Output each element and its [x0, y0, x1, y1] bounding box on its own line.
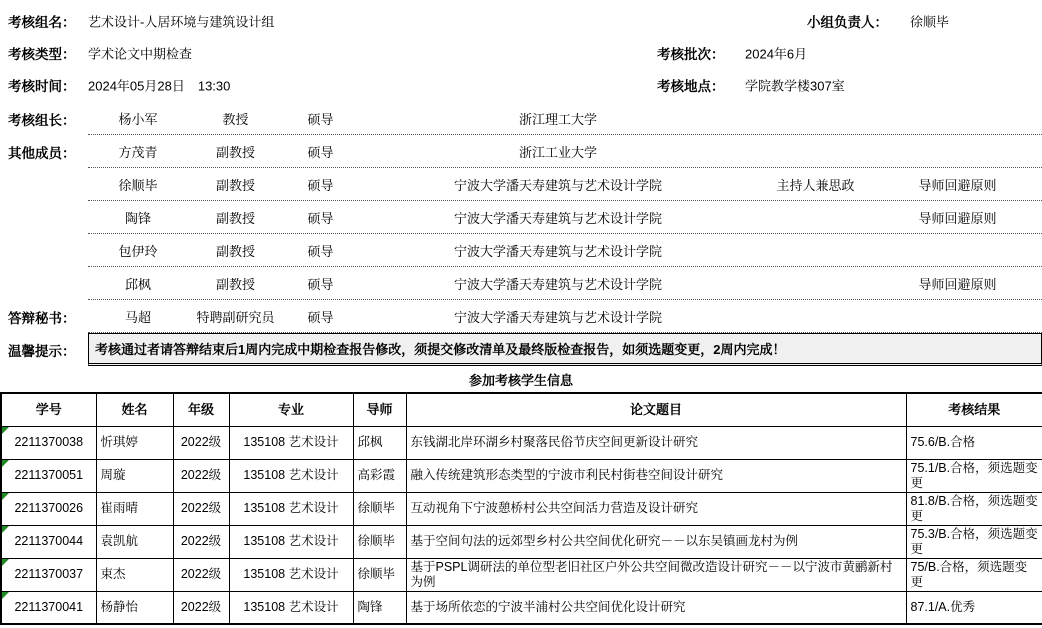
- member-name: 陶锋: [88, 208, 188, 227]
- member-row: 其他成员： 方茂青 副教授 硕导 浙江工业大学: [0, 135, 1042, 168]
- member-tutor-type: 硕导: [283, 307, 358, 326]
- member-row-content: 邱枫 副教授 硕导 宁波大学潘天寿建筑与艺术设计学院 导师回避原则: [88, 267, 1042, 300]
- member-row-content: 徐顺毕 副教授 硕导 宁波大学潘天寿建筑与艺术设计学院 主持人兼思政 导师回避原…: [88, 168, 1042, 201]
- student-name-cell: 束杰: [96, 558, 173, 591]
- member-title: 副教授: [188, 274, 283, 293]
- reminder-label: 温馨提示：: [0, 333, 88, 366]
- student-result-cell: 81.8/B.合格，须选题变更: [906, 492, 1042, 525]
- student-grade-cell: 2022级: [173, 426, 229, 459]
- member-avoidance-note: 导师回避原则: [873, 208, 1042, 227]
- student-grade-cell: 2022级: [173, 558, 229, 591]
- reminder-row: 温馨提示： 考核通过者请答辩结束后1周内完成中期检查报告修改，须提交修改清单及最…: [0, 333, 1042, 366]
- student-advisor-cell: 高彩霞: [353, 459, 406, 492]
- student-id-cell: 2211370041: [1, 591, 96, 624]
- col-grade: 年级: [173, 393, 229, 426]
- student-major-cell: 135108 艺术设计: [229, 492, 353, 525]
- student-major-cell: 135108 艺术设计: [229, 459, 353, 492]
- member-institution: 宁波大学潘天寿建筑与艺术设计学院: [358, 307, 758, 326]
- member-tutor-type: 硕导: [283, 142, 358, 161]
- member-row-label: [0, 168, 88, 201]
- member-row-label: 答辩秘书：: [0, 300, 88, 333]
- member-row-content: 马超 特聘副研究员 硕导 宁波大学潘天寿建筑与艺术设计学院: [88, 300, 1042, 333]
- location-label: 考核地点：: [657, 75, 725, 95]
- member-title: 教授: [188, 109, 283, 128]
- member-row: 答辩秘书： 马超 特聘副研究员 硕导 宁波大学潘天寿建筑与艺术设计学院: [0, 300, 1042, 333]
- member-tutor-type: 硕导: [283, 241, 358, 260]
- member-name: 马超: [88, 307, 188, 326]
- student-id: 2211370051: [14, 468, 83, 482]
- student-id: 2211370041: [14, 600, 83, 614]
- student-result-cell: 75.6/B.合格: [906, 426, 1042, 459]
- student-id: 2211370037: [14, 567, 83, 581]
- student-advisor-cell: 徐顺毕: [353, 525, 406, 558]
- student-id: 2211370026: [14, 501, 83, 515]
- member-row-content: 方茂青 副教授 硕导 浙江工业大学: [88, 135, 1042, 168]
- student-name-cell: 袁凯航: [96, 525, 173, 558]
- member-role: 主持人兼思政: [758, 175, 873, 194]
- col-student-id: 学号: [1, 393, 96, 426]
- assessment-type-label: 考核类型：: [8, 43, 76, 63]
- info-section: 考核组名： 艺术设计-人居环境与建筑设计组 小组负责人： 徐顺毕 考核类型： 学…: [0, 0, 1042, 101]
- member-institution: 宁波大学潘天寿建筑与艺术设计学院: [358, 175, 758, 194]
- col-major: 专业: [229, 393, 353, 426]
- leader-label: 小组负责人：: [807, 11, 888, 31]
- student-row: 2211370026 崔雨晴 2022级 135108 艺术设计 徐顺毕 互动视…: [1, 492, 1042, 525]
- student-major-cell: 135108 艺术设计: [229, 525, 353, 558]
- cell-flag-marker-icon: [2, 559, 9, 566]
- leader-value: 徐顺毕: [910, 12, 949, 31]
- member-institution: 宁波大学潘天寿建筑与艺术设计学院: [358, 241, 758, 260]
- member-name: 杨小军: [88, 109, 188, 128]
- student-row: 2211370051 周璇 2022级 135108 艺术设计 高彩霞 融入传统…: [1, 459, 1042, 492]
- cell-flag-marker-icon: [2, 592, 9, 599]
- member-institution: 浙江工业大学: [358, 142, 758, 161]
- member-row-label: [0, 201, 88, 234]
- member-tutor-type: 硕导: [283, 175, 358, 194]
- student-name-cell: 忻琪婷: [96, 426, 173, 459]
- cell-flag-marker-icon: [2, 526, 9, 533]
- member-title: 副教授: [188, 241, 283, 260]
- student-grade-cell: 2022级: [173, 492, 229, 525]
- batch-label: 考核批次：: [657, 43, 725, 63]
- students-table: 学号 姓名 年级 专业 导师 论文题目 考核结果 2211370038 忻琪婷 …: [0, 392, 1042, 625]
- assessment-sheet: { "info": { "group_name_label": "考核组名：",…: [0, 0, 1042, 628]
- info-row-3: 考核时间： 2024年05月28日 13:30 考核地点： 学院教学楼307室: [0, 69, 1042, 101]
- student-thesis-cell: 互动视角下宁波憩桥村公共空间活力营造及设计研究: [406, 492, 906, 525]
- member-row-label: 考核组长：: [0, 102, 88, 135]
- col-result: 考核结果: [906, 393, 1042, 426]
- info-row-1: 考核组名： 艺术设计-人居环境与建筑设计组 小组负责人： 徐顺毕: [0, 5, 1042, 37]
- student-id-cell: 2211370037: [1, 558, 96, 591]
- student-result-cell: 75/B.合格，须选题变更: [906, 558, 1042, 591]
- member-avoidance-note: 导师回避原则: [873, 175, 1042, 194]
- student-thesis-cell: 东钱湖北岸环湖乡村聚落民俗节庆空间更新设计研究: [406, 426, 906, 459]
- member-row-content: 杨小军 教授 硕导 浙江理工大学: [88, 102, 1042, 135]
- member-title: 副教授: [188, 142, 283, 161]
- cell-flag-marker-icon: [2, 427, 9, 434]
- reminder-text: 考核通过者请答辩结束后1周内完成中期检查报告修改，须提交修改清单及最终版检查报告…: [88, 333, 1042, 366]
- student-row: 2211370037 束杰 2022级 135108 艺术设计 徐顺毕 基于PS…: [1, 558, 1042, 591]
- student-major-cell: 135108 艺术设计: [229, 558, 353, 591]
- student-id: 2211370038: [14, 435, 83, 449]
- member-row-label: [0, 234, 88, 267]
- member-tutor-type: 硕导: [283, 109, 358, 128]
- student-id-cell: 2211370038: [1, 426, 96, 459]
- student-row: 2211370041 杨静怡 2022级 135108 艺术设计 陶锋 基于场所…: [1, 591, 1042, 624]
- student-advisor-cell: 陶锋: [353, 591, 406, 624]
- member-tutor-type: 硕导: [283, 274, 358, 293]
- student-id-cell: 2211370044: [1, 525, 96, 558]
- member-row: 包伊玲 副教授 硕导 宁波大学潘天寿建筑与艺术设计学院: [0, 234, 1042, 267]
- location-value: 学院教学楼307室: [745, 76, 845, 95]
- member-row-label: [0, 267, 88, 300]
- cell-flag-marker-icon: [2, 460, 9, 467]
- member-row-content: 包伊玲 副教授 硕导 宁波大学潘天寿建筑与艺术设计学院: [88, 234, 1042, 267]
- student-id: 2211370044: [14, 534, 83, 548]
- student-id-cell: 2211370051: [1, 459, 96, 492]
- member-name: 包伊玲: [88, 241, 188, 260]
- student-id-cell: 2211370026: [1, 492, 96, 525]
- student-grade-cell: 2022级: [173, 591, 229, 624]
- assessment-type-value: 学术论文中期检查: [88, 44, 192, 63]
- member-name: 邱枫: [88, 274, 188, 293]
- student-row: 2211370038 忻琪婷 2022级 135108 艺术设计 邱枫 东钱湖北…: [1, 426, 1042, 459]
- member-title: 副教授: [188, 208, 283, 227]
- members-section: 考核组长： 杨小军 教授 硕导 浙江理工大学 其他成员： 方茂青 副教授 硕导 …: [0, 102, 1042, 333]
- member-institution: 浙江理工大学: [358, 109, 758, 128]
- col-advisor: 导师: [353, 393, 406, 426]
- student-grade-cell: 2022级: [173, 525, 229, 558]
- member-tutor-type: 硕导: [283, 208, 358, 227]
- member-name: 徐顺毕: [88, 175, 188, 194]
- students-table-title: 参加考核学生信息: [0, 366, 1042, 392]
- member-title: 副教授: [188, 175, 283, 194]
- student-name-cell: 杨静怡: [96, 591, 173, 624]
- student-major-cell: 135108 艺术设计: [229, 591, 353, 624]
- student-advisor-cell: 徐顺毕: [353, 558, 406, 591]
- group-name-label: 考核组名：: [8, 11, 76, 31]
- member-title: 特聘副研究员: [188, 307, 283, 326]
- col-name: 姓名: [96, 393, 173, 426]
- member-institution: 宁波大学潘天寿建筑与艺术设计学院: [358, 274, 758, 293]
- student-major-cell: 135108 艺术设计: [229, 426, 353, 459]
- student-result-cell: 75.1/B.合格，须选题变更: [906, 459, 1042, 492]
- member-avoidance-note: 导师回避原则: [873, 274, 1042, 293]
- cell-flag-marker-icon: [2, 493, 9, 500]
- student-advisor-cell: 邱枫: [353, 426, 406, 459]
- member-row: 考核组长： 杨小军 教授 硕导 浙江理工大学: [0, 102, 1042, 135]
- batch-value: 2024年6月: [745, 44, 807, 63]
- student-result-cell: 87.1/A.优秀: [906, 591, 1042, 624]
- member-name: 方茂青: [88, 142, 188, 161]
- student-advisor-cell: 徐顺毕: [353, 492, 406, 525]
- student-row: 2211370044 袁凯航 2022级 135108 艺术设计 徐顺毕 基于空…: [1, 525, 1042, 558]
- students-header-row: 学号 姓名 年级 专业 导师 论文题目 考核结果: [1, 393, 1042, 426]
- member-row: 陶锋 副教授 硕导 宁波大学潘天寿建筑与艺术设计学院 导师回避原则: [0, 201, 1042, 234]
- student-thesis-cell: 基于PSPL调研法的单位型老旧社区户外公共空间微改造设计研究－－以宁波市黄鹂新村…: [406, 558, 906, 591]
- info-row-2: 考核类型： 学术论文中期检查 考核批次： 2024年6月: [0, 37, 1042, 69]
- student-result-cell: 75.3/B.合格，须选题变更: [906, 525, 1042, 558]
- col-thesis-title: 论文题目: [406, 393, 906, 426]
- time-value: 2024年05月28日 13:30: [88, 76, 230, 95]
- student-thesis-cell: 融入传统建筑形态类型的宁波市利民村街巷空间设计研究: [406, 459, 906, 492]
- member-row: 徐顺毕 副教授 硕导 宁波大学潘天寿建筑与艺术设计学院 主持人兼思政 导师回避原…: [0, 168, 1042, 201]
- student-thesis-cell: 基于空间句法的远郊型乡村公共空间优化研究－－以东吴镇画龙村为例: [406, 525, 906, 558]
- member-row-content: 陶锋 副教授 硕导 宁波大学潘天寿建筑与艺术设计学院 导师回避原则: [88, 201, 1042, 234]
- time-label: 考核时间：: [8, 75, 76, 95]
- student-grade-cell: 2022级: [173, 459, 229, 492]
- student-thesis-cell: 基于场所依恋的宁波半浦村公共空间优化设计研究: [406, 591, 906, 624]
- member-institution: 宁波大学潘天寿建筑与艺术设计学院: [358, 208, 758, 227]
- group-name-value: 艺术设计-人居环境与建筑设计组: [88, 12, 274, 31]
- student-name-cell: 崔雨晴: [96, 492, 173, 525]
- student-name-cell: 周璇: [96, 459, 173, 492]
- member-row: 邱枫 副教授 硕导 宁波大学潘天寿建筑与艺术设计学院 导师回避原则: [0, 267, 1042, 300]
- member-row-label: 其他成员：: [0, 135, 88, 168]
